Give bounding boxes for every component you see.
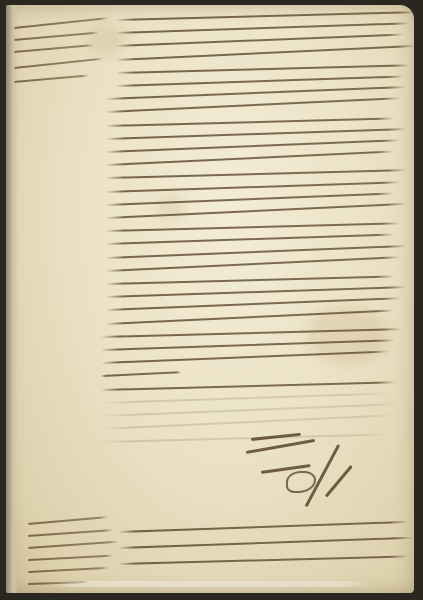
archive-watermark (46, 581, 376, 587)
manuscript-page: [illegible marginal note] [illegible han… (6, 5, 414, 593)
page-spine-shadow (6, 5, 18, 593)
scan-frame: [illegible marginal note] [illegible han… (0, 0, 423, 600)
handwritten-line (101, 366, 181, 380)
handwritten-line (101, 428, 389, 446)
